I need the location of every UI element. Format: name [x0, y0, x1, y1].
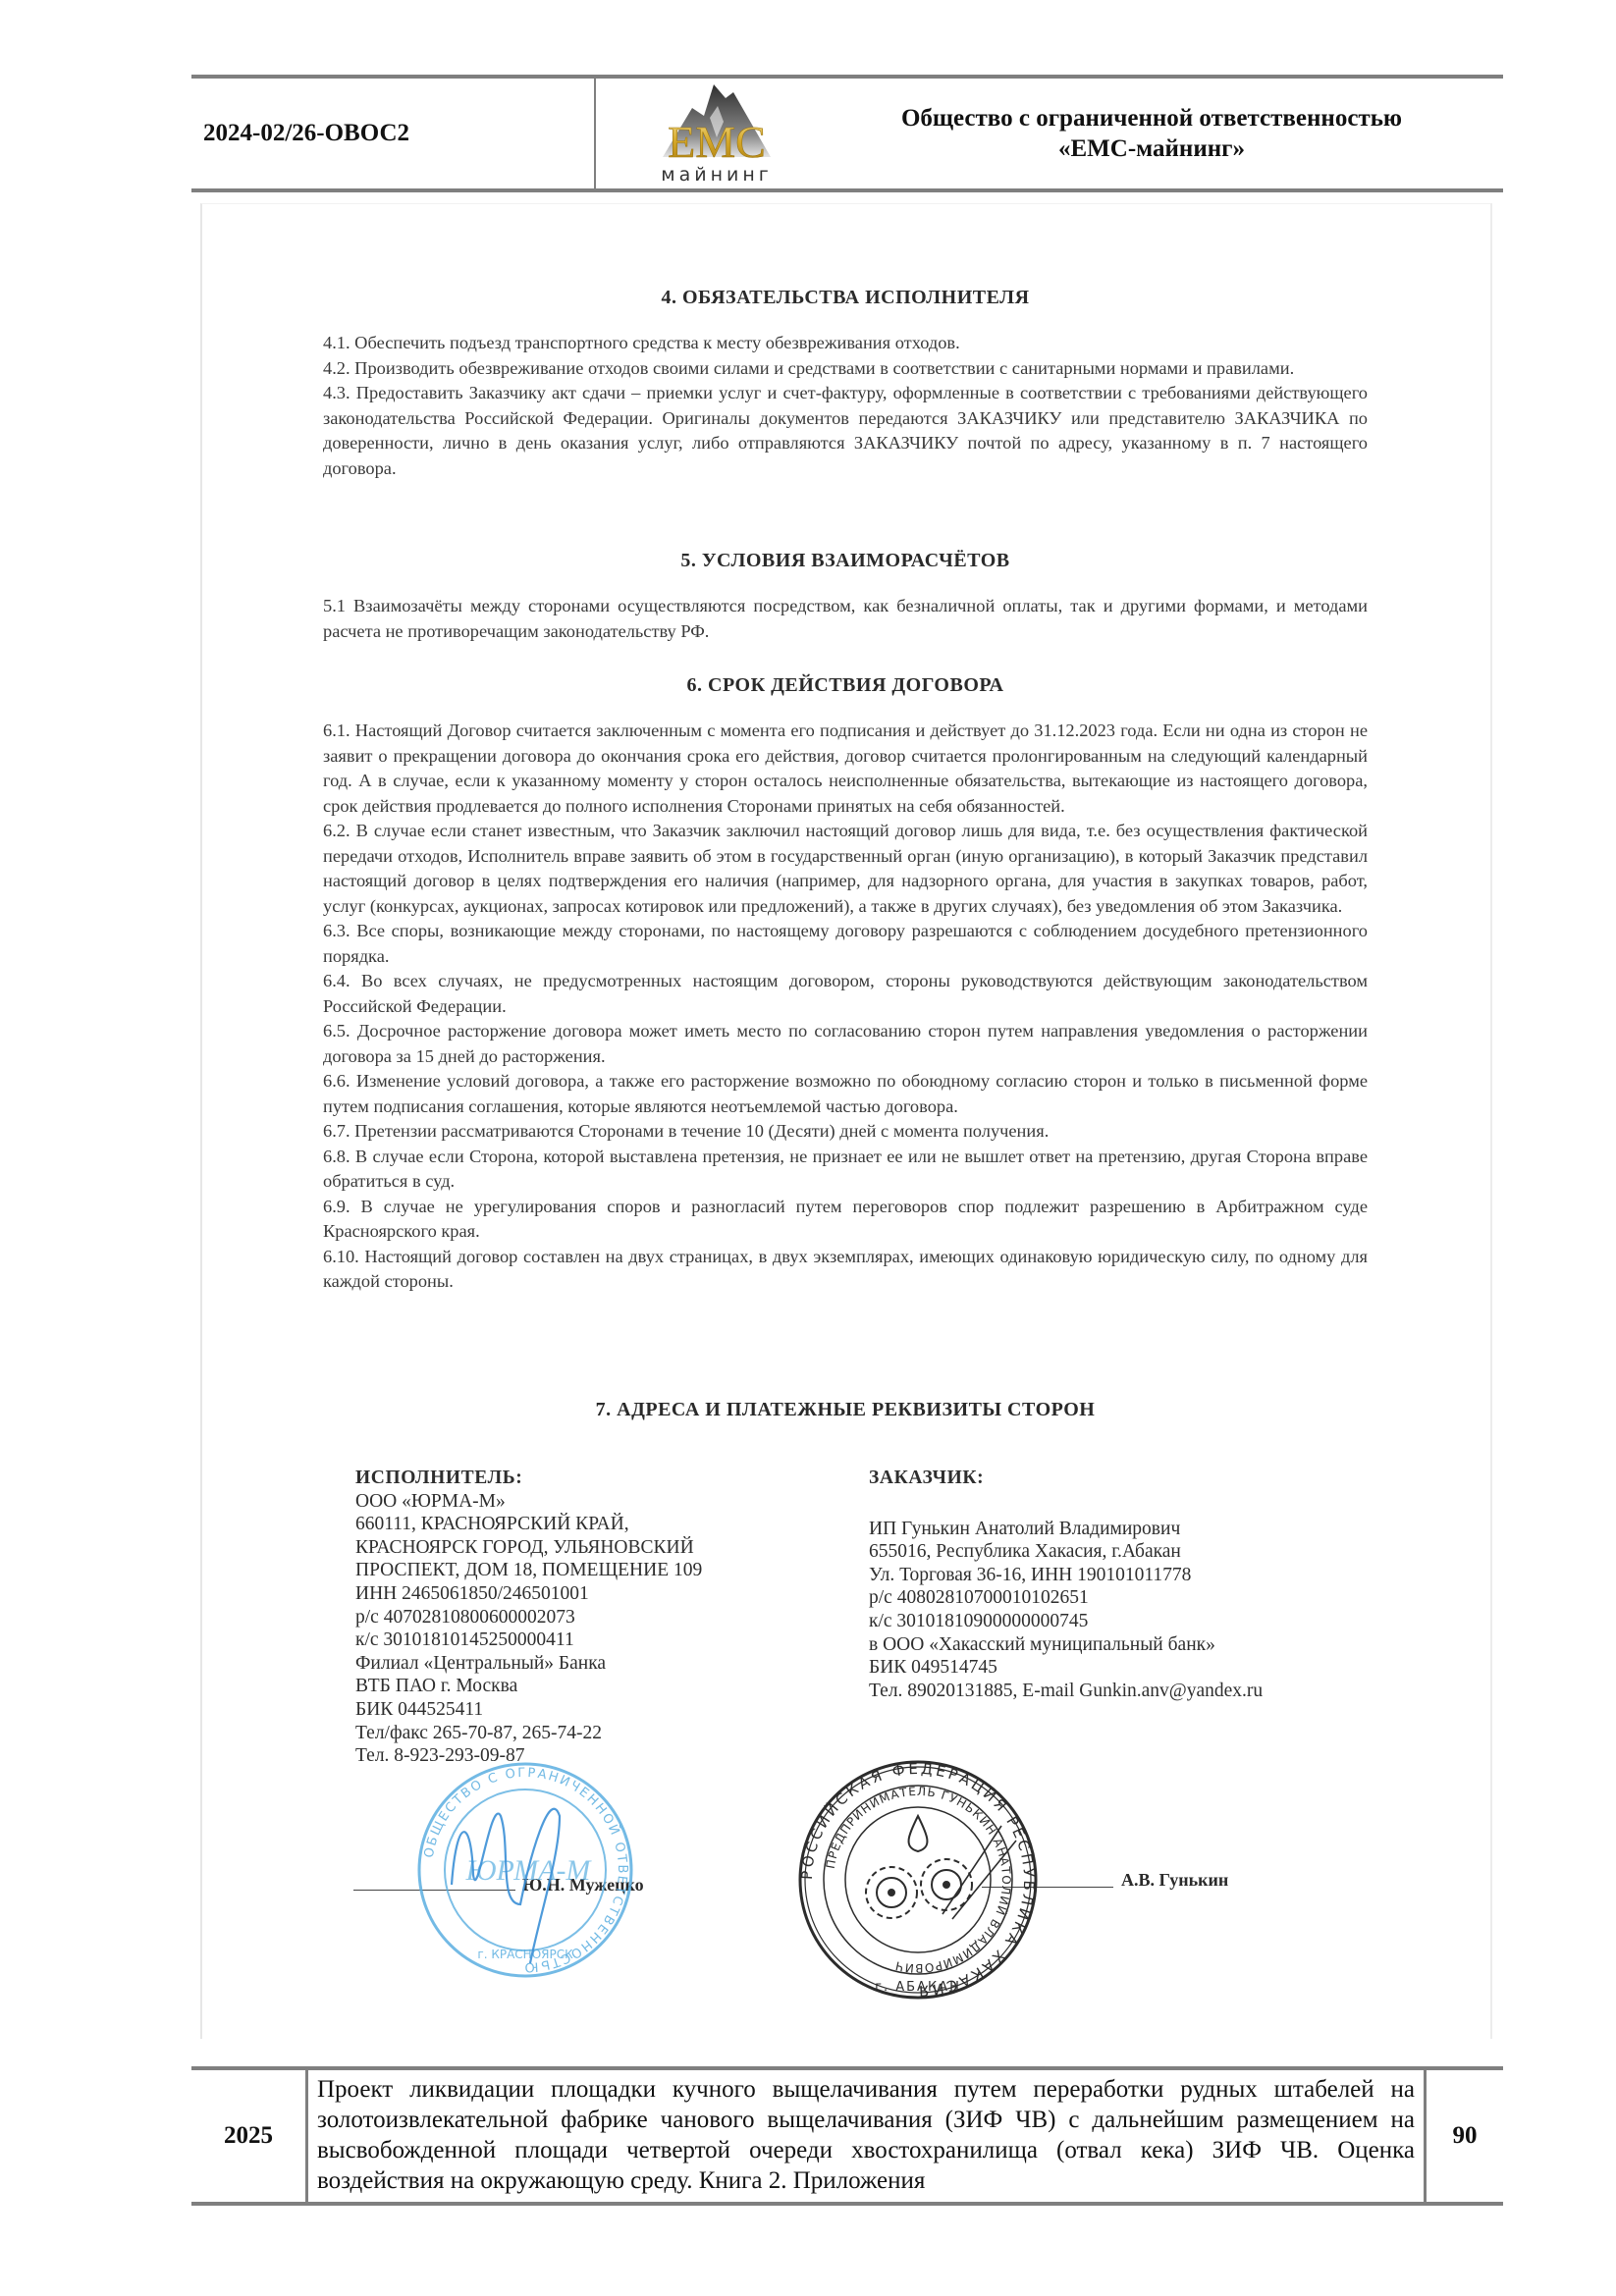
- executor-line: ООО «ЮРМА-М»: [355, 1490, 768, 1514]
- executor-line: Тел/факс 265-70-87, 265-74-22: [355, 1722, 768, 1745]
- customer-line: БИК 049514745: [869, 1656, 1320, 1680]
- clause-6-7: 6.7. Претензии рассматриваются Сторонами…: [323, 1119, 1368, 1145]
- customer-line: 655016, Республика Хакасия, г.Абакан: [869, 1540, 1320, 1564]
- clause-6-2: 6.2. В случае если станет известным, что…: [323, 819, 1368, 919]
- customer-heading: ЗАКАЗЧИК:: [869, 1467, 1320, 1490]
- organization-line-1: Общество с ограниченной ответственностью: [901, 103, 1402, 133]
- executor-line: 660111, КРАСНОЯРСКИЙ КРАЙ,: [355, 1513, 768, 1536]
- section-title: 6. СРОК ДЕЙСТВИЯ ДОГОВОРА: [323, 674, 1368, 697]
- section-contract-term: 6. СРОК ДЕЙСТВИЯ ДОГОВОРА 6.1. Настоящий…: [323, 674, 1368, 1295]
- clause-5-1: 5.1 Взаимозачёты между сторонами осущест…: [323, 594, 1368, 644]
- clause-6-9: 6.9. В случае не урегулирования споров и…: [323, 1195, 1368, 1245]
- footer-year: 2025: [191, 2070, 305, 2202]
- customer-line: к/с 30101810900000000745: [869, 1610, 1320, 1633]
- clause-4-1: 4.1. Обеспечить подъезд транспортного ср…: [323, 331, 1368, 356]
- section-party-details: 7. АДРЕСА И ПЛАТЕЖНЫЕ РЕКВИЗИТЫ СТОРОН: [323, 1399, 1368, 1421]
- clause-6-6: 6.6. Изменение условий договора, а также…: [323, 1069, 1368, 1119]
- page-footer: 2025 Проект ликвидации площадки кучного …: [191, 2066, 1503, 2206]
- customer-line: ИП Гунькин Анатолий Владимирович: [869, 1518, 1320, 1541]
- section-title: 7. АДРЕСА И ПЛАТЕЖНЫЕ РЕКВИЗИТЫ СТОРОН: [323, 1399, 1368, 1421]
- executor-line: ИНН 2465061850/246501001: [355, 1582, 768, 1606]
- footer-project-title: Проект ликвидации площадки кучного выщел…: [317, 2074, 1415, 2196]
- page-number: 90: [1427, 2070, 1503, 2202]
- header-divider: [594, 79, 596, 192]
- executor-line: ВТБ ПАО г. Москва: [355, 1675, 768, 1698]
- svg-text:г. КРАСНОЯРСК: г. КРАСНОЯРСК: [477, 1948, 573, 1961]
- clause-6-3: 6.3. Все споры, возникающие между сторон…: [323, 919, 1368, 969]
- clause-6-1: 6.1. Настоящий Договор считается заключе…: [323, 719, 1368, 819]
- emc-mining-logo: ЕМС майнинг: [623, 79, 820, 188]
- executor-line: Филиал «Центральный» Банка: [355, 1652, 768, 1676]
- clause-6-5: 6.5. Досрочное расторжение договора може…: [323, 1019, 1368, 1069]
- section-title: 5. УСЛОВИЯ ВЗАИМОРАСЧЁТОВ: [323, 550, 1368, 572]
- clause-4-2: 4.2. Производить обезвреживание отходов …: [323, 356, 1368, 382]
- organization-name: Общество с ограниченной ответственностью…: [800, 79, 1503, 188]
- clause-6-10: 6.10. Настоящий договор составлен на дву…: [323, 1245, 1368, 1295]
- executor-details: ИСПОЛНИТЕЛЬ: ООО «ЮРМА-М» 660111, КРАСНО…: [355, 1467, 768, 1768]
- section-settlement-terms: 5. УСЛОВИЯ ВЗАИМОРАСЧЁТОВ 5.1 Взаимозачё…: [323, 550, 1368, 644]
- executor-line: БИК 044525411: [355, 1698, 768, 1722]
- clause-4-3: 4.3. Предоставить Заказчику акт сдачи – …: [323, 381, 1368, 481]
- executor-line: к/с 30101810145250000411: [355, 1629, 768, 1652]
- executor-heading: ИСПОЛНИТЕЛЬ:: [355, 1467, 768, 1490]
- organization-line-2: «ЕМС-майнинг»: [1058, 133, 1245, 164]
- customer-line: Тел. 89020131885, E-mail Gunkin.anv@yand…: [869, 1680, 1320, 1703]
- svg-text:г. АБАКАН: г. АБАКАН: [875, 1980, 961, 1995]
- executor-line: ПРОСПЕКТ, ДОМ 18, ПОМЕЩЕНИЕ 109: [355, 1559, 768, 1582]
- svg-text:майнинг: майнинг: [661, 164, 773, 186]
- customer-details: ЗАКАЗЧИК: ИП Гунькин Анатолий Владимиров…: [869, 1467, 1320, 1702]
- document-code: 2024-02/26-ОВОС2: [203, 79, 596, 188]
- footer-divider: [305, 2070, 308, 2202]
- customer-line: в ООО «Хакасский муниципальный банк»: [869, 1633, 1320, 1657]
- svg-text:ЕМС: ЕМС: [668, 117, 766, 167]
- clause-6-4: 6.4. Во всех случаях, не предусмотренных…: [323, 969, 1368, 1019]
- executor-line: КРАСНОЯРСК ГОРОД, УЛЬЯНОВСКИЙ: [355, 1536, 768, 1560]
- executor-line: р/с 40702810800600002073: [355, 1606, 768, 1629]
- clause-6-8: 6.8. В случае если Сторона, которой выст…: [323, 1145, 1368, 1195]
- mountain-logo-icon: ЕМС майнинг: [623, 79, 820, 188]
- page-header: 2024-02/26-ОВОС2 ЕМС майнинг Общ: [191, 75, 1503, 192]
- customer-line: р/с 40802810700010102651: [869, 1586, 1320, 1610]
- section-executor-obligations: 4. ОБЯЗАТЕЛЬСТВА ИСПОЛНИТЕЛЯ 4.1. Обеспе…: [323, 287, 1368, 481]
- customer-signatory-name: А.В. Гунькин: [1121, 1870, 1228, 1891]
- entrepreneur-seal-stamp-icon: РОССИЙСКАЯ ФЕДЕРАЦИЯ РЕСПУБЛИКА ХАКАСИЯ …: [795, 1757, 1041, 2002]
- customer-line: Ул. Торговая 36-16, ИНН 190101011778: [869, 1564, 1320, 1587]
- section-title: 4. ОБЯЗАТЕЛЬСТВА ИСПОЛНИТЕЛЯ: [323, 287, 1368, 309]
- company-seal-stamp-icon: ОБЩЕСТВО С ОГРАНИЧЕННОЙ ОТВЕТСТВЕННОСТЬЮ…: [412, 1757, 638, 1983]
